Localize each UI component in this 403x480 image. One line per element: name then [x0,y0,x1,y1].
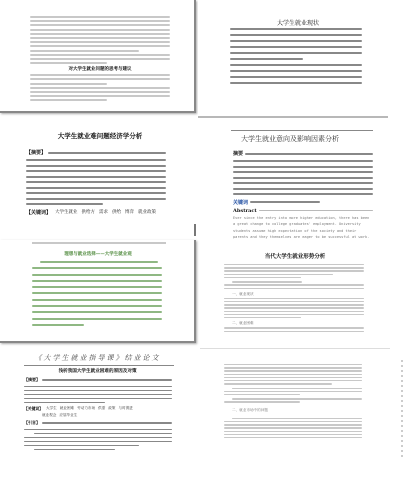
section-heading: 二、就业市场中的问题 [232,408,362,413]
section-heading: 一、就业现状 [232,292,364,297]
keyword: 供需 [98,406,105,412]
keyword: 就业困难 [60,406,74,412]
page-body-text [230,28,362,88]
page-title: 大学生就业难问题经济学分析 [0,131,200,140]
page-header-rule [32,242,166,244]
page-body-text: 二、就业市场中的问题 [224,364,362,440]
page-bottom-margin [0,450,200,480]
keyword: 政策 [108,406,115,412]
page-thumbnail-bottom-right[interactable]: 二、就业市场中的问题 [200,360,403,480]
page-thumbnail-bottom-left[interactable]: 《大学生就业指导课》结业论文 浅析我国大学生就业困难的原因及对策 【摘要】 【关… [0,350,200,480]
keywords-label: 【关键词】 [24,406,43,412]
page-subheading: 对大学生就业问题的思考与建议 [30,66,170,72]
page-heading: 大学生就业现状 [198,18,398,27]
keywords-row: 【关键词】 大学生 就业困难 劳动力市场 供需 政策 与时俱进 [24,406,172,412]
keyword: 供给方 [82,209,96,215]
page-title: 大学生就业意向及影响因素分析 [241,134,339,144]
page-body-text: 对大学生就业问题的思考与建议 [30,16,170,104]
page-divider [198,116,388,118]
page-body-text: 【摘要】 【关键词】 大学生 就业困难 劳动力市场 供需 政策 与时俱进 就业观… [24,377,172,453]
page-thumbnail-top-left[interactable]: 对大学生就业问题的思考与建议 [0,0,196,113]
page-title: 《大学生就业指导课》结业论文 [0,353,195,363]
page-title: 当代大学生就业形势分析 [200,252,390,260]
keyword: 就业观念 [42,413,56,418]
page-body-text: 摘要 关键词 Abstract Ever since the entry int… [233,150,373,242]
page-title: 理想与就业选择——大学生就业观 [0,251,196,257]
intro-label: 【引言】 [24,420,40,426]
page-bottom-margin [200,460,403,480]
page-header-rule [24,365,174,366]
keyword: 大学生就业 [55,209,78,215]
page-thumbnail-middle-left-2[interactable]: 理想与就业选择——大学生就业观 [0,240,196,343]
page-header-rule [231,130,373,131]
keyword: 大学生 [46,406,57,412]
abstract-label: 【摘要】 [26,149,46,156]
keyword: 博弈 [125,209,134,215]
english-abstract-label: Abstract [233,208,257,214]
page-edge [194,224,196,236]
keywords-row: 【关键词】 大学生就业 供给方 需求 供给 博弈 就业政策 [26,209,166,216]
page-divider [200,348,390,349]
page-body-text [32,261,162,330]
page-thumbnail-middle-right-1[interactable]: 大学生就业意向及影响因素分析 摘要 关键词 Abstract Ever sinc… [203,120,403,242]
keyword: 与时俱进 [118,406,132,412]
page-subtitle: 浅析我国大学生就业困难的原因及对策 [0,368,195,374]
keywords-label: 【关键词】 [26,209,51,216]
keyword: 需求 [99,209,108,215]
keyword: 供给 [112,209,121,215]
keyword: 劳动力市场 [77,406,95,412]
page-thumbnail-middle-left-1[interactable]: 大学生就业难问题经济学分析 【摘要】 【关键词】 大学生就业 供给方 需求 供给… [0,118,200,236]
page-body-text: 【摘要】 【关键词】 大学生就业 供给方 需求 供给 博弈 就业政策 [26,149,166,216]
abstract-label: 【摘要】 [24,377,40,383]
keywords-row-continued: 就业观念 应届毕业生 [42,413,172,418]
page-body-text: 一、就业现状 二、就业困难 [224,264,364,334]
english-abstract-text: Ever since the entry into more higher ed… [233,215,373,243]
page-thumbnail-middle-right-2[interactable]: 当代大学生就业形势分析 一、就业现状 二、就业困难 [200,244,403,350]
page-thumbnail-top-right[interactable]: 大学生就业现状 [198,0,403,118]
keyword: 应届毕业生 [59,413,77,418]
abstract-label: 摘要 [233,150,243,157]
section-heading: 二、就业困难 [232,321,364,326]
keyword: 就业政策 [138,209,156,215]
keywords-label: 关键词 [233,199,248,206]
